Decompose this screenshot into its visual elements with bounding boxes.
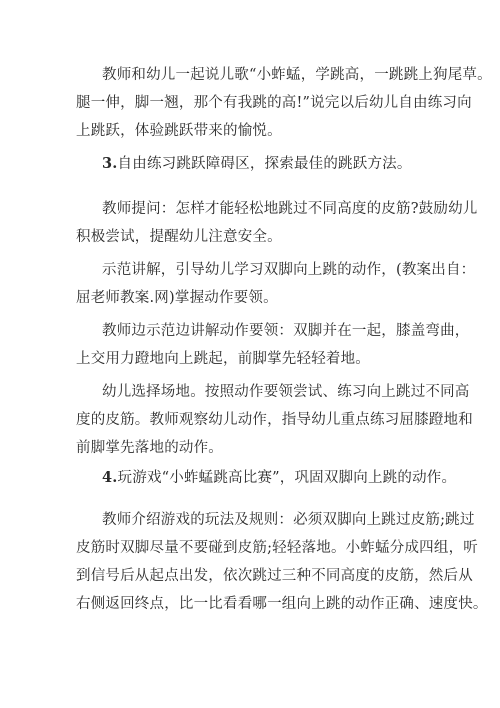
- section-number: 4.: [102, 469, 118, 486]
- section-heading-3: 3.自由练习跳跃障碍区，探索最佳的跳跃方法。: [76, 150, 436, 178]
- text-line: 度的皮筋。教师观察幼儿动作，指导幼儿重点练习屈膝蹬地和: [76, 406, 436, 434]
- paragraph-key-points: 教师边示范边讲解动作要领：双脚并在一起，膝盖弯曲， 上交用力蹬地向上跳起，前脚掌…: [76, 317, 436, 373]
- text-line: 到信号后从起点出发，依次跳过三种不同高度的皮筋，然后从: [76, 562, 436, 590]
- text-line: 积极尝试，提醒幼儿注意安全。: [76, 223, 436, 251]
- paragraph-game-rules: 教师介绍游戏的玩法及规则：必须双脚向上跳过皮筋;跳过 皮筋时双脚尽量不要碰到皮筋…: [76, 506, 436, 618]
- text-line: 教师边示范边讲解动作要领：双脚并在一起，膝盖弯曲，: [76, 317, 436, 345]
- text-line: 教师介绍游戏的玩法及规则：必须双脚向上跳过皮筋;跳过: [76, 506, 436, 534]
- section-title: 玩游戏“小蚱蜢跳高比赛”，巩固双脚向上跳的动作。: [118, 470, 457, 486]
- text-line: 示范讲解，引导幼儿学习双脚向上跳的动作，(教案出自：: [76, 256, 436, 284]
- section-title: 自由练习跳跃障碍区，探索最佳的跳跃方法。: [118, 156, 412, 172]
- section-heading-4: 4.玩游戏“小蚱蜢跳高比赛”，巩固双脚向上跳的动作。: [76, 464, 436, 492]
- paragraph-nursery-rhyme: 教师和幼儿一起说儿歌“小蚱蜢，学跳高，一跳跳上狗尾草。 腿一伸，脚一翘，那个有我…: [76, 61, 436, 145]
- text-line: 前脚掌先落地的动作。: [76, 434, 436, 462]
- text-line: 上交用力蹬地向上跳起，前脚掌先轻轻着地。: [76, 345, 436, 373]
- text-line: 教师提问：怎样才能轻松地跳过不同高度的皮筋?鼓励幼儿: [76, 195, 436, 223]
- text-line: 教师和幼儿一起说儿歌“小蚱蜢，学跳高，一跳跳上狗尾草。: [76, 61, 436, 89]
- document-page: 教师和幼儿一起说儿歌“小蚱蜢，学跳高，一跳跳上狗尾草。 腿一伸，脚一翘，那个有我…: [0, 0, 500, 708]
- text-line: 屈老师教案.网)掌握动作要领。: [76, 284, 436, 312]
- text-line: 右侧返回终点，比一比看看哪一组向上跳的动作正确、速度快。: [76, 590, 436, 618]
- text-line: 幼儿选择场地。按照动作要领尝试、练习向上跳过不同高: [76, 378, 436, 406]
- text-line: 腿一伸，脚一翘，那个有我跳的高!”说完以后幼儿自由练习向: [76, 89, 436, 117]
- section-number: 3.: [102, 155, 118, 172]
- text-line: 上跳跃，体验跳跃带来的愉悦。: [76, 117, 436, 145]
- paragraph-teacher-question: 教师提问：怎样才能轻松地跳过不同高度的皮筋?鼓励幼儿 积极尝试，提醒幼儿注意安全…: [76, 195, 436, 251]
- paragraph-demonstration: 示范讲解，引导幼儿学习双脚向上跳的动作，(教案出自： 屈老师教案.网)掌握动作要…: [76, 256, 436, 312]
- paragraph-practice: 幼儿选择场地。按照动作要领尝试、练习向上跳过不同高 度的皮筋。教师观察幼儿动作，…: [76, 378, 436, 462]
- text-line: 皮筋时双脚尽量不要碰到皮筋;轻轻落地。小蚱蜢分成四组，听: [76, 534, 436, 562]
